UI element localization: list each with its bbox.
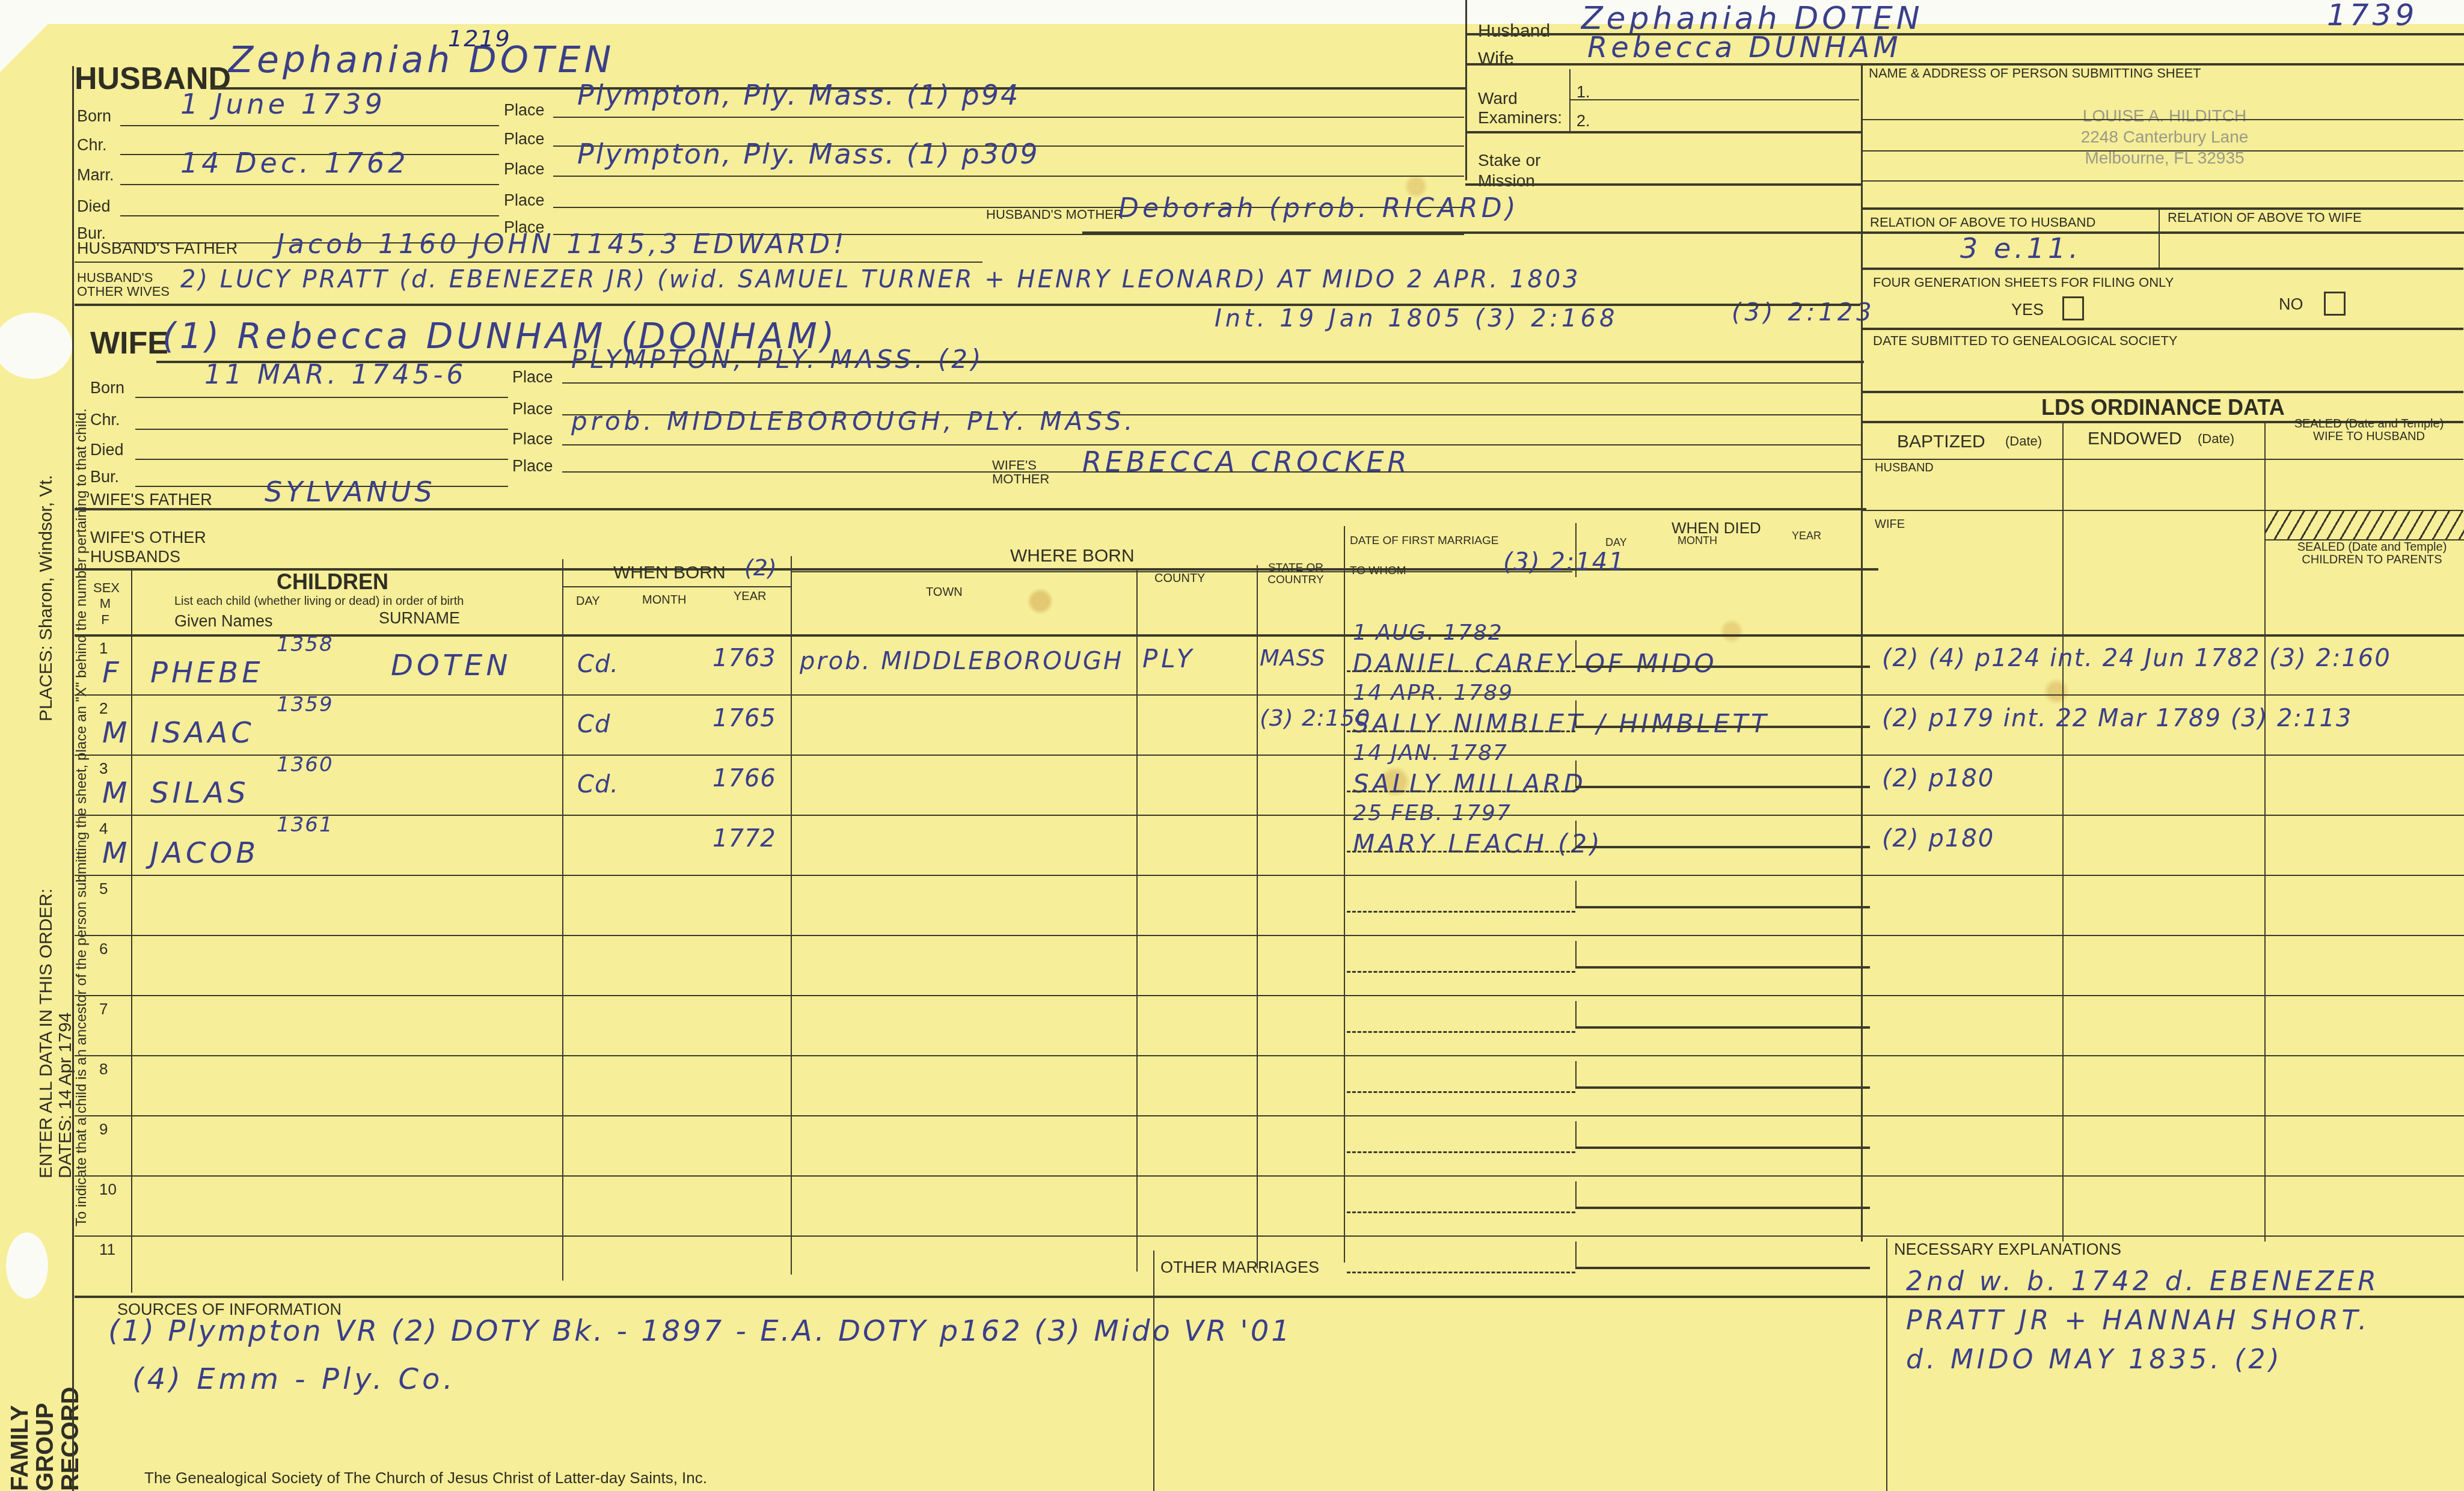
died-year-label: YEAR (1792, 530, 1821, 542)
relation-husband[interactable]: 3 e.11. (1960, 234, 2082, 262)
children-header-bottom-line (75, 634, 2464, 637)
born-month-label: MONTH (642, 594, 686, 607)
child-marriage-date[interactable]: 25 FEB. 1797 (1353, 803, 1512, 824)
child-spouse[interactable]: MARY LEACH (2) (1353, 831, 1603, 857)
four-gen-label: FOUR GENERATION SHEETS FOR FILING ONLY (1873, 275, 2174, 289)
child-birth-town[interactable]: prob. MIDDLEBOROUGH (800, 649, 1123, 673)
wife-section-label: WIFE (90, 328, 168, 359)
child-birth-day[interactable]: Cd (577, 712, 610, 736)
form-title-line: GROUP (32, 1387, 58, 1491)
place-line (553, 117, 1464, 118)
lds-col-divider-1 (2062, 421, 2064, 1241)
sex-label: SEX (93, 580, 117, 596)
date-line (120, 215, 499, 216)
child-birth-year[interactable]: 1765 (713, 706, 776, 730)
child-row-line (75, 694, 2464, 696)
endowed-label: ENDOWED (2088, 430, 2182, 448)
child-birth-year[interactable]: 1766 (713, 767, 776, 791)
explanations-divider (1886, 1238, 1887, 1491)
marriage-dashed-line (1347, 1211, 1575, 1213)
husband-name[interactable]: Zephaniah DOTEN (228, 42, 614, 78)
wife-event-label: Died (90, 442, 124, 458)
family-group-record-sheet: ENTER ALL DATA IN THIS ORDER: DATES: 14 … (0, 0, 2464, 1491)
relation-husband-label: RELATION OF ABOVE TO HUSBAND (1870, 215, 2095, 229)
wife-father[interactable]: SYLVANUS (265, 478, 436, 506)
child-surname[interactable]: DOTEN (391, 651, 511, 680)
died-box-line (1575, 666, 1870, 668)
child-birth-state[interactable]: MASS (1260, 646, 1326, 669)
town-label: TOWN (926, 586, 963, 599)
husband-event-place[interactable]: Plympton, Ply. Mass. (1) p94 (577, 81, 1020, 109)
place-label: Place (504, 192, 545, 209)
child-ref-number: 1361 (277, 815, 334, 835)
died-box-line (1575, 1026, 1870, 1029)
died-box-line (1575, 726, 1870, 728)
examiners-bottom-line (1465, 131, 1862, 133)
child-lds-data[interactable]: (2) (4) p124 int. 24 Jun 1782 (3) 2:160 (1882, 646, 2391, 670)
wife-event-place[interactable]: prob. MIDDLEBOROUGH, PLY. MASS. (571, 409, 1136, 434)
husband-mother-line (1082, 231, 2464, 234)
marriage-note: (3) 2:141 (1503, 550, 1625, 574)
marriage-dashed-line (1347, 911, 1575, 913)
marriage-dashed-line (1347, 971, 1575, 973)
child-row-line (75, 1115, 2464, 1116)
given-names-label: Given Names (174, 613, 273, 629)
submitter-address: 2248 Canterbury Lane (2044, 126, 2285, 147)
explanation-line[interactable]: 2nd w. b. 1742 d. EBENEZER (1906, 1269, 2380, 1295)
town-col-divider (1136, 568, 1138, 1272)
explanation-line[interactable]: d. MIDO MAY 1835. (2) (1906, 1347, 2283, 1373)
children-title: CHILDREN (277, 571, 388, 593)
child-spouse[interactable]: SALLY MILLARD (1353, 771, 1586, 797)
child-birth-year[interactable]: 1763 (713, 646, 776, 670)
enter-order-text: ENTER ALL DATA IN THIS ORDER: (36, 889, 57, 1178)
sealed-wife-label-line: WIFE TO HUSBAND (2282, 430, 2456, 443)
when-born-note: (2) (744, 556, 777, 579)
header-husband-name[interactable]: Zephaniah DOTEN (1581, 3, 1923, 34)
copyright-text: The Genealogical Society of The Church o… (144, 1470, 707, 1486)
place-line (562, 382, 1861, 384)
died-box-divider (1575, 1061, 1577, 1088)
child-row-number: 3 (99, 759, 108, 778)
child-given-name[interactable]: SILAS (150, 779, 250, 807)
date-line (135, 459, 508, 460)
date-line (120, 125, 499, 126)
child-lds-data[interactable]: (2) p180 (1882, 767, 1994, 791)
yes-checkbox[interactable] (2062, 296, 2084, 320)
place-label: Place (512, 458, 553, 474)
child-birth-day[interactable]: Cd. (577, 652, 619, 676)
header-husband-label: Husband (1478, 22, 1550, 40)
marriage-dashed-line (1347, 730, 1575, 732)
died-box-divider (1575, 1001, 1577, 1028)
died-box-line (1575, 966, 1870, 969)
died-box-line (1575, 1267, 1870, 1269)
child-row-number: 5 (99, 880, 108, 898)
sex-col-divider (131, 568, 132, 1293)
places-example: PLACES: Sharon, Windsor, Vt. (36, 475, 57, 721)
died-box-line (1575, 846, 1870, 848)
husband-event-label: Chr. (77, 137, 107, 153)
sealed-wife-label: SEALED (Date and Temple) WIFE TO HUSBAND (2282, 418, 2456, 443)
date-line (135, 397, 508, 398)
died-box-divider (1575, 640, 1577, 667)
other-marriages-divider (1153, 1251, 1154, 1491)
relation-wife-label: RELATION OF ABOVE TO WIFE (2168, 210, 2362, 224)
place-label: Place (504, 131, 545, 147)
born-day-label: DAY (576, 595, 600, 608)
date-submitted-label: DATE SUBMITTED TO GENEALOGICAL SOCIETY (1873, 334, 2178, 347)
husband-father-label: HUSBAND'S FATHER (77, 240, 238, 257)
child-sex[interactable]: M (102, 718, 130, 747)
county-label: COUNTY (1154, 572, 1205, 585)
lds-wife-label: WIFE (1875, 518, 1905, 531)
sex-header: SEX M F (93, 580, 117, 628)
husband-event-label: Marr. (77, 167, 114, 183)
died-box-line (1575, 1207, 1870, 1209)
child-ref-number: 1360 (277, 755, 334, 775)
died-header-divider (1575, 523, 1577, 577)
county-col-divider (1257, 565, 1258, 1269)
when-born-subline (562, 586, 791, 587)
lds-title: LDS ORDINANCE DATA (2041, 397, 2285, 418)
wife-event-label: Chr. (90, 412, 120, 428)
child-given-name[interactable]: JACOB (150, 839, 259, 868)
submitter-line-2 (1862, 150, 2463, 152)
died-box-line (1575, 786, 1870, 788)
wife-father-label: WIFE'S FATHER (90, 492, 212, 508)
died-box-divider (1575, 700, 1577, 727)
baptized-date-label: (Date) (2005, 434, 2042, 448)
child-row-number: 10 (99, 1180, 117, 1199)
sex-label-m: M (93, 596, 117, 611)
marriage-date-label: DATE OF FIRST MARRIAGE (1350, 535, 1498, 547)
sex-label-f: F (93, 612, 117, 628)
torn-corner (0, 0, 72, 72)
to-whom-label: TO WHOM (1350, 565, 1406, 577)
four-gen-bottom-line (1862, 328, 2463, 330)
child-row-line (75, 755, 2464, 756)
submitter-label: NAME & ADDRESS OF PERSON SUBMITTING SHEE… (1869, 66, 2201, 80)
place-label: Place (512, 401, 553, 417)
died-box-line (1575, 906, 1870, 908)
examiner-1[interactable]: 1. (1577, 84, 1590, 100)
husband-other-wives[interactable]: 2) LUCY PRATT (d. EBENEZER JR) (wid. SAM… (180, 268, 1581, 292)
died-box-divider (1575, 1241, 1577, 1269)
explanation-line[interactable]: PRATT JR + HANNAH SHORT. (1906, 1308, 2370, 1334)
died-box-divider (1575, 1181, 1577, 1208)
marriage-dashed-line (1347, 1272, 1575, 1273)
header-wife-name[interactable]: Rebecca DUNHAM (1587, 33, 1902, 62)
explanations-label: NECESSARY EXPLANATIONS (1894, 1241, 2121, 1258)
top-right-note: 1739 (2327, 0, 2418, 30)
marriage-dashed-line (1347, 851, 1575, 853)
child-marriage-date[interactable]: 14 JAN. 1787 (1353, 742, 1508, 764)
page-margin (0, 0, 2464, 24)
wife-event-label: Bur. (90, 469, 119, 485)
child-spouse[interactable]: SALLY NIMBLET / HIMBLETT (1353, 711, 1770, 736)
child-ref-number: 1358 (277, 634, 334, 655)
place-label: Place (512, 431, 553, 447)
husband-other-wives-label: HUSBAND'S OTHER WIVES (77, 271, 173, 298)
child-sex[interactable]: M (102, 839, 130, 868)
child-row-number: 2 (99, 699, 108, 718)
child-marriage-date[interactable]: 14 APR. 1789 (1353, 682, 1513, 704)
born-col-divider (791, 556, 792, 1275)
place-label: Place (504, 102, 545, 118)
child-row-line (75, 1235, 2464, 1237)
other-wives-line (75, 304, 1860, 306)
submitter-line-1 (1862, 119, 2463, 120)
examiners-divider (1569, 69, 1571, 132)
child-birth-year[interactable]: 1772 (713, 827, 776, 851)
died-box-divider (1575, 821, 1577, 848)
child-row-number: 7 (99, 1000, 108, 1018)
husband-event-label: Born (77, 108, 111, 124)
husband-father[interactable]: Jacob 1160 JOHN 1145,3 EDWARD! (277, 231, 848, 258)
place-line (553, 176, 1464, 177)
child-row-number: 9 (99, 1120, 108, 1139)
child-row-line (75, 875, 2464, 876)
relation-divider (2159, 207, 2160, 268)
husband-event-place[interactable]: Plympton, Ply. Mass. (1) p309 (577, 140, 1040, 168)
sealed-wife-label-line: SEALED (Date and Temple) (2282, 418, 2456, 430)
died-box-divider (1575, 1121, 1577, 1148)
ancestor-note: To indicate that a child is an ancestor … (73, 408, 90, 1226)
child-row-number: 1 (99, 639, 108, 658)
died-box-line (1575, 1086, 1870, 1089)
date-submitted-bottom-line (1862, 391, 2463, 393)
state-label: STATE OR COUNTRY (1260, 562, 1332, 586)
right-header-divider (1465, 0, 1467, 180)
sources-line-2[interactable]: (4) Emm - Ply. Co. (132, 1365, 456, 1394)
submitter-line-3 (1862, 180, 2463, 182)
date-line (120, 184, 499, 185)
child-lds-data[interactable]: (2) p180 (1882, 827, 1994, 851)
where-born-label: WHERE BORN (1010, 547, 1135, 565)
died-month-label: MONTH (1678, 535, 1717, 546)
children-col-divider (562, 559, 563, 1281)
place-label: Place (512, 369, 553, 385)
died-box-divider (1575, 881, 1577, 908)
lds-husband-label: HUSBAND (1875, 462, 1934, 474)
punch-hole (6, 1232, 48, 1299)
examiner-1-line (1571, 99, 1859, 100)
wife-event-place[interactable]: PLYMPTON, PLY. MASS. (2) (571, 347, 984, 372)
child-row-number: 11 (99, 1240, 115, 1259)
surname-label: SURNAME (379, 610, 460, 626)
husband-event-date[interactable]: 14 Dec. 1762 (180, 149, 409, 177)
child-row-number: 6 (99, 940, 108, 958)
submitter-name: LOUISE A. HILDITCH (2044, 105, 2285, 126)
when-died-label: WHEN DIED (1672, 520, 1761, 536)
stake-bottom-line (1465, 183, 1862, 186)
child-lds-data[interactable]: (2) p179 int. 22 Mar 1789 (3) 2:113 (1882, 706, 2352, 730)
wife-mother[interactable]: REBECCA CROCKER (1082, 448, 1411, 476)
husband-event-label: Died (77, 198, 111, 215)
died-box-divider (1575, 761, 1577, 788)
child-birth-day[interactable]: Cd. (577, 773, 619, 797)
wife-other-husbands-label: WIFE'S OTHER HUSBANDS (90, 528, 241, 567)
children-subtitle: List each child (whether living or dead)… (174, 595, 464, 608)
child-row-line (75, 935, 2464, 936)
no-label: NO (2279, 296, 2303, 313)
child-given-name[interactable]: ISAAC (150, 718, 255, 747)
relation-bottom-line (1862, 268, 2463, 270)
child-row-number: 8 (99, 1060, 108, 1079)
form-title-line: RECORD (58, 1387, 83, 1491)
left-border (72, 66, 74, 1491)
ward-examiners-label: Ward Examiners: (1478, 89, 1574, 127)
yes-label: YES (2011, 302, 2044, 318)
died-day-label: DAY (1605, 537, 1627, 548)
marriage-dashed-line (1347, 670, 1575, 672)
husband-mother-label: HUSBAND'S MOTHER (986, 207, 1123, 221)
husband-event-date[interactable]: 1 June 1739 (180, 90, 386, 118)
sources-line-1[interactable]: (1) Plympton VR (2) DOTY Bk. - 1897 - E.… (108, 1317, 1292, 1346)
other-marriages-label: OTHER MARRIAGES (1160, 1260, 1319, 1276)
died-box-divider (1575, 941, 1577, 968)
no-checkbox[interactable] (2324, 292, 2346, 316)
marriage-dashed-line (1347, 1031, 1575, 1033)
form-title-line: FAMILY (7, 1387, 32, 1491)
relation-top-line (1862, 207, 2463, 210)
husband-id: 1219 (448, 27, 511, 50)
examiner-2[interactable]: 2. (1577, 113, 1590, 129)
child-marriage-date[interactable]: 1 AUG. 1782 (1353, 622, 1503, 644)
marriage-dashed-line (1347, 791, 1575, 792)
child-sex[interactable]: F (102, 658, 123, 687)
lds-header-line (1862, 459, 2463, 460)
child-row-line (75, 815, 2464, 816)
wife-event-date[interactable]: 11 MAR. 1745-6 (204, 362, 467, 388)
child-row-line (75, 995, 2464, 996)
child-row-line (75, 1055, 2464, 1056)
hatched-area (2266, 511, 2464, 540)
husband-mother[interactable]: Deborah (prob. RICARD) (1118, 195, 1519, 222)
right-column-divider (1861, 63, 1863, 1241)
died-box-line (1575, 1147, 1870, 1149)
torn-hole (0, 313, 72, 379)
sealed-children-label: SEALED (Date and Temple) CHILDREN TO PAR… (2285, 541, 2459, 566)
lds-col-divider-2 (2264, 421, 2266, 1241)
child-birth-county[interactable]: PLY (1142, 646, 1195, 672)
child-row-number: 4 (99, 819, 108, 838)
when-born-label: WHEN BORN (613, 564, 726, 582)
other-wives-note: Int. 19 Jan 1805 (3) 2:168 (1215, 307, 1618, 331)
sealed-children-label-line: SEALED (Date and Temple) (2285, 541, 2459, 554)
marriage-dashed-line (1347, 1151, 1575, 1153)
child-ref-number: 1359 (277, 694, 334, 715)
submitter-stamp: LOUISE A. HILDITCH 2248 Canterbury Lane … (2044, 105, 2285, 168)
endowed-date-label: (Date) (2198, 432, 2234, 445)
place-label: Place (504, 161, 545, 177)
date-line (135, 429, 508, 430)
marriage-dashed-line (1347, 1091, 1575, 1093)
sealed-children-label-line: CHILDREN TO PARENTS (2285, 554, 2459, 566)
child-sex[interactable]: M (102, 779, 130, 807)
child-spouse[interactable]: DANIEL CAREY OF MIDO (1353, 651, 1717, 676)
child-row-line (75, 1175, 2464, 1177)
wife-event-label: Born (90, 380, 124, 396)
baptized-label: BAPTIZED (1897, 433, 1985, 451)
wife-mother-label: WIFE'S MOTHER (992, 458, 1076, 486)
born-year-label: YEAR (734, 590, 766, 603)
wife-parents-line (75, 508, 1866, 510)
husband-father-line (75, 262, 982, 263)
child-given-name[interactable]: PHEBE (150, 658, 264, 687)
